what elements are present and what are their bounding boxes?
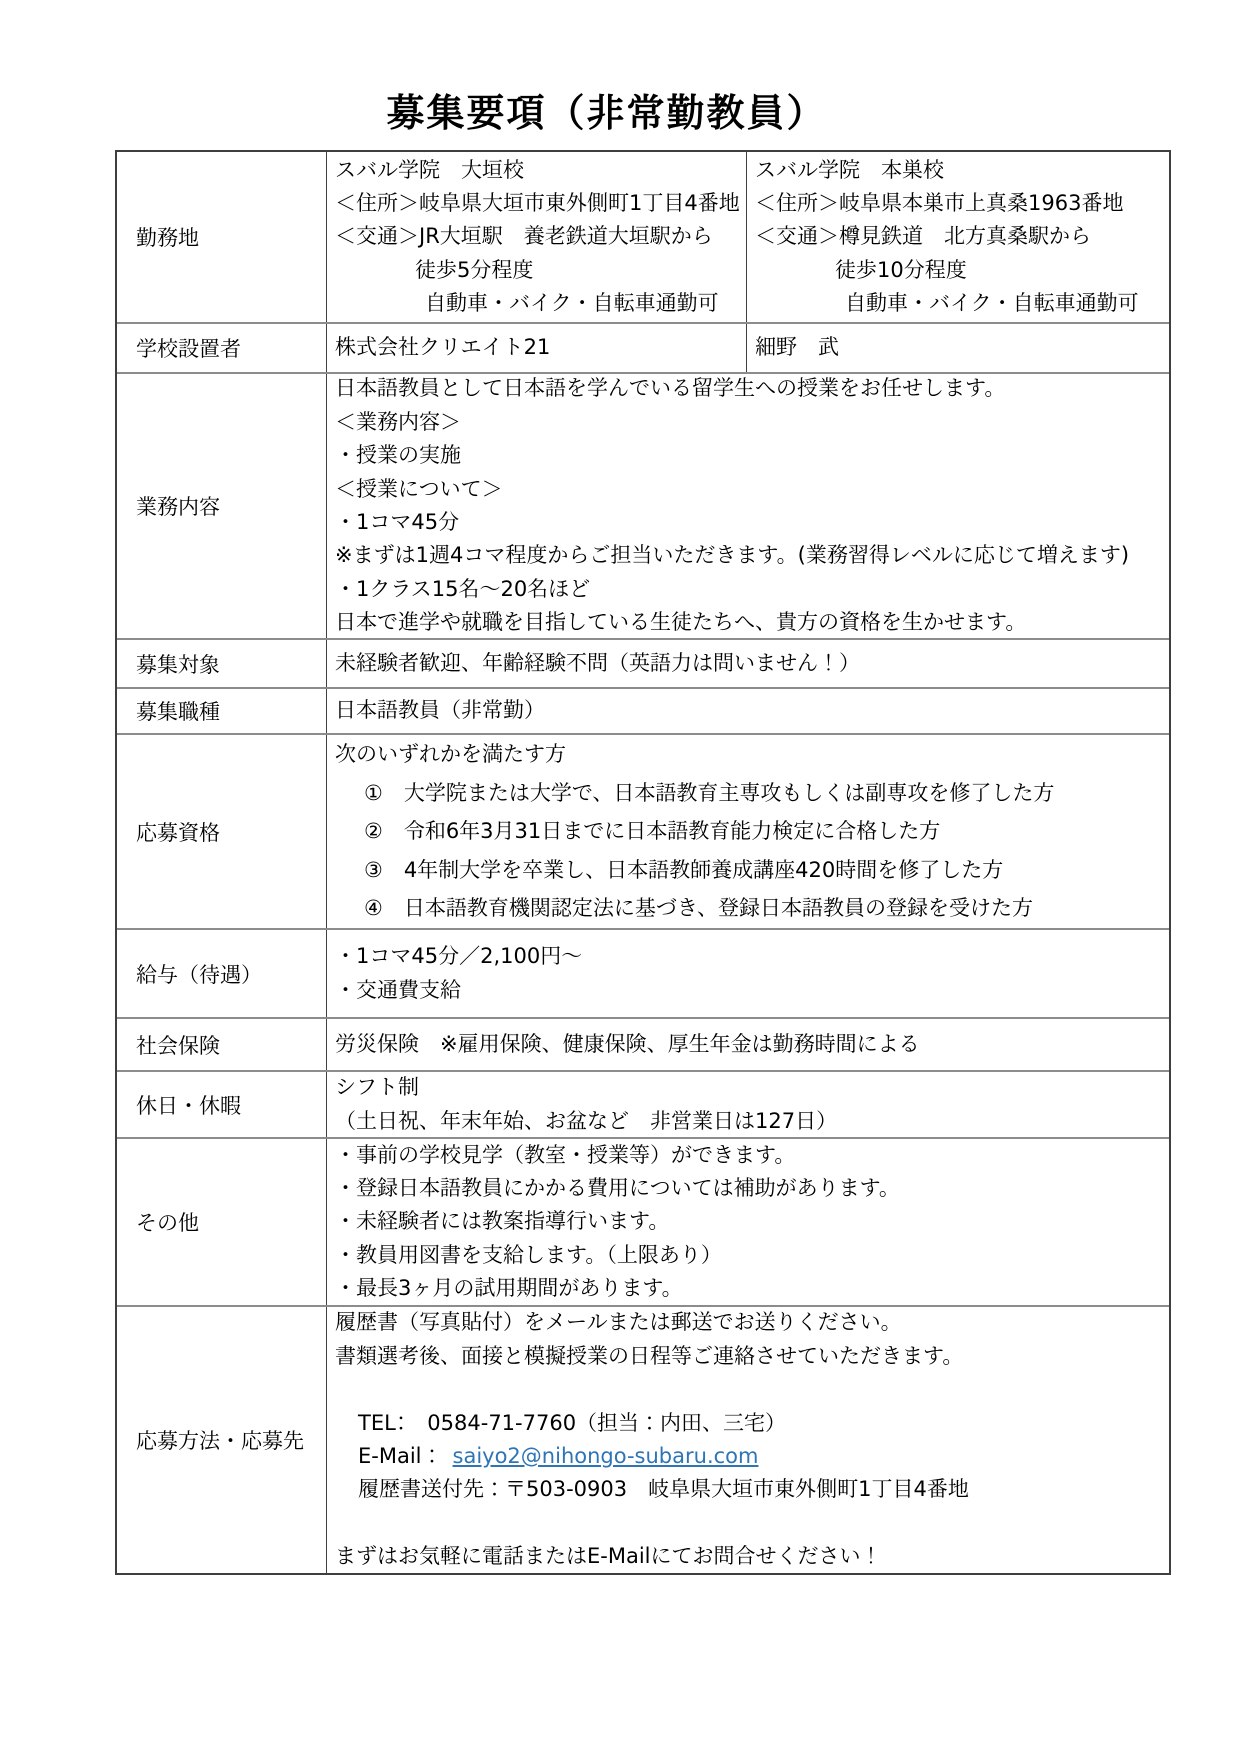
- table-row-others: その他 ・事前の学校見学（教室・授業等）ができます。 ・登録日本語教員にかかる費…: [117, 1137, 1169, 1305]
- others-content: ・事前の学校見学（教室・授業等）ができます。 ・登録日本語教員にかかる費用につい…: [327, 1139, 1169, 1305]
- text-line: ・最長3ヶ月の試用期間があります。: [335, 1272, 1163, 1305]
- text-line: ・授業の実施: [335, 439, 1163, 472]
- table-row-qualifications: 応募資格 次のいずれかを満たす方 ① 大学院または大学で、日本語教育主専攻もしく…: [117, 733, 1169, 928]
- text-line: ＜住所＞岐阜県大垣市東外側町1丁目4番地: [335, 187, 740, 220]
- text-line: 自動車・バイク・自転車通勤可: [755, 287, 1163, 320]
- text-line: 書類選考後、面接と模擬授業の日程等ご連絡させていただきます。: [335, 1340, 1163, 1373]
- page-title: 募集要項（非常勤教員）: [0, 82, 1227, 137]
- holidays-content: シフト制 （土日祝、年末年始、お盆など 非営業日は127日）: [327, 1072, 1169, 1137]
- workplace-content: スバル学院 大垣校 ＜住所＞岐阜県大垣市東外側町1丁目4番地 ＜交通＞JR大垣駅…: [327, 152, 1169, 322]
- row-label-job-description: 業務内容: [117, 374, 327, 638]
- workplace-motosu: スバル学院 本巣校 ＜住所＞岐阜県本巣市上真桑1963番地 ＜交通＞樽見鉄道 北…: [746, 152, 1169, 322]
- row-label-position: 募集職種: [117, 689, 327, 733]
- text-line: ・未経験者には教案指導行います。: [335, 1205, 1163, 1238]
- social-insurance-content: 労災保険 ※雇用保険、健康保険、厚生年金は勤務時間による: [327, 1019, 1169, 1070]
- text-line: ・1コマ45分: [335, 506, 1163, 539]
- row-label-qualifications: 応募資格: [117, 735, 327, 928]
- table-row-holidays: 休日・休暇 シフト制 （土日祝、年末年始、お盆など 非営業日は127日）: [117, 1070, 1169, 1137]
- workplace-ogaki: スバル学院 大垣校 ＜住所＞岐阜県大垣市東外側町1丁目4番地 ＜交通＞JR大垣駅…: [327, 152, 746, 322]
- text-line: 株式会社クリエイト21: [335, 331, 740, 364]
- text-line: ・登録日本語教員にかかる費用については補助があります。: [335, 1172, 1163, 1205]
- table-row-workplace: 勤務地 スバル学院 大垣校 ＜住所＞岐阜県大垣市東外側町1丁目4番地 ＜交通＞J…: [117, 152, 1169, 322]
- text-line: 日本語教員として日本語を学んでいる留学生への授業をお任せします。: [335, 372, 1163, 405]
- row-label-school-founder: 学校設置者: [117, 324, 327, 372]
- target-applicants-content: 未経験者歓迎、年齢経験不問（英語力は問いません！）: [327, 640, 1169, 687]
- text-line: ＜交通＞JR大垣駅 養老鉄道大垣駅から: [335, 220, 740, 253]
- table-row-salary: 給与（待遇） ・1コマ45分／2,100円～ ・交通費支給: [117, 928, 1169, 1017]
- job-description-content: 日本語教員として日本語を学んでいる留学生への授業をお任せします。 ＜業務内容＞ …: [327, 374, 1169, 638]
- text-line: 日本語教員（非常勤）: [335, 694, 1163, 727]
- text-line: 自動車・バイク・自転車通勤可: [335, 287, 740, 320]
- text-line-numbered-4: ④ 日本語教育機関認定法に基づき、登録日本語教員の登録を受けた方: [335, 889, 1163, 928]
- text-line: ※まずは1週4コマ程度からご担当いただきます。(業務習得レベルに応じて増えます): [335, 539, 1163, 572]
- salary-content: ・1コマ45分／2,100円～ ・交通費支給: [327, 930, 1169, 1017]
- text-line: ＜業務内容＞: [335, 406, 1163, 439]
- position-content: 日本語教員（非常勤）: [327, 689, 1169, 733]
- text-line-numbered-1: ① 大学院または大学で、日本語教育主専攻もしくは副専攻を修了した方: [335, 774, 1163, 813]
- email-label: E-Mail：: [358, 1444, 443, 1468]
- row-label-others: その他: [117, 1139, 327, 1305]
- text-line: ・事前の学校見学（教室・授業等）ができます。: [335, 1139, 1163, 1172]
- page: 募集要項（非常勤教員） 勤務地 スバル学院 大垣校 ＜住所＞岐阜県大垣市東外側町…: [0, 0, 1241, 1755]
- table-row-how-to-apply: 応募方法・応募先 履歴書（写真貼付）をメールまたは郵送でお送りください。 書類選…: [117, 1305, 1169, 1573]
- resume-address-line: 履歴書送付先：〒503-0903 岐阜県大垣市東外側町1丁目4番地: [335, 1473, 1163, 1506]
- text-line: （土日祝、年末年始、お盆など 非営業日は127日）: [335, 1105, 1163, 1138]
- row-label-how-to-apply: 応募方法・応募先: [117, 1307, 327, 1573]
- text-line: 日本で進学や就職を目指している生徒たちへ、貴方の資格を生かせます。: [335, 606, 1163, 639]
- row-label-target-applicants: 募集対象: [117, 640, 327, 687]
- text-line: 履歴書（写真貼付）をメールまたは郵送でお送りください。: [335, 1306, 1163, 1339]
- table-row-position: 募集職種 日本語教員（非常勤）: [117, 687, 1169, 733]
- qualifications-content: 次のいずれかを満たす方 ① 大学院または大学で、日本語教育主専攻もしくは副専攻を…: [327, 735, 1169, 928]
- text-line-numbered-2: ② 令和6年3月31日までに日本語教育能力検定に合格した方: [335, 812, 1163, 851]
- row-label-workplace: 勤務地: [117, 152, 327, 322]
- row-label-social-insurance: 社会保険: [117, 1019, 327, 1070]
- email-link[interactable]: saiyo2@nihongo-subaru.com: [453, 1444, 759, 1468]
- email-line: E-Mail：saiyo2@nihongo-subaru.com: [335, 1440, 1163, 1473]
- recruitment-table: 勤務地 スバル学院 大垣校 ＜住所＞岐阜県大垣市東外側町1丁目4番地 ＜交通＞J…: [115, 150, 1171, 1575]
- text-line: 未経験者歓迎、年齢経験不問（英語力は問いません！）: [335, 647, 1163, 680]
- school-founder-content: 株式会社クリエイト21 細野 武: [327, 324, 1169, 372]
- closing-line: まずはお気軽に電話またはE-Mailにてお問合せください！: [335, 1540, 1163, 1573]
- how-to-apply-content: 履歴書（写真貼付）をメールまたは郵送でお送りください。 書類選考後、面接と模擬授…: [327, 1307, 1169, 1573]
- text-line: 徒歩10分程度: [755, 254, 1163, 287]
- text-line: ・交通費支給: [335, 974, 1163, 1007]
- text-line: ＜授業について＞: [335, 473, 1163, 506]
- table-row-social-insurance: 社会保険 労災保険 ※雇用保険、健康保険、厚生年金は勤務時間による: [117, 1017, 1169, 1070]
- text-line: 次のいずれかを満たす方: [335, 735, 1163, 774]
- text-line: ＜交通＞樽見鉄道 北方真桑駅から: [755, 220, 1163, 253]
- text-line: スバル学院 本巣校: [755, 154, 1163, 187]
- text-line: 細野 武: [755, 331, 1163, 364]
- row-label-salary: 給与（待遇）: [117, 930, 327, 1017]
- text-line: ＜住所＞岐阜県本巣市上真桑1963番地: [755, 187, 1163, 220]
- text-line: 徒歩5分程度: [335, 254, 740, 287]
- founder-company: 株式会社クリエイト21: [327, 324, 746, 372]
- tel-line: TEL： 0584-71-7760（担当：内田、三宅）: [335, 1407, 1163, 1440]
- text-line: シフト制: [335, 1071, 1163, 1104]
- table-row-target-applicants: 募集対象 未経験者歓迎、年齢経験不問（英語力は問いません！）: [117, 638, 1169, 687]
- table-row-job-description: 業務内容 日本語教員として日本語を学んでいる留学生への授業をお任せします。 ＜業…: [117, 372, 1169, 638]
- text-line: ・教員用図書を支給します。（上限あり）: [335, 1239, 1163, 1272]
- founder-person: 細野 武: [746, 324, 1169, 372]
- blank-line: [335, 1507, 1163, 1540]
- table-row-school-founder: 学校設置者 株式会社クリエイト21 細野 武: [117, 322, 1169, 372]
- text-line: ・1コマ45分／2,100円～: [335, 940, 1163, 973]
- row-label-holidays: 休日・休暇: [117, 1072, 327, 1137]
- text-line: ・1クラス15名～20名ほど: [335, 573, 1163, 606]
- text-line: 労災保険 ※雇用保険、健康保険、厚生年金は勤務時間による: [335, 1028, 1163, 1061]
- text-line-numbered-3: ③ 4年制大学を卒業し、日本語教師養成講座420時間を修了した方: [335, 851, 1163, 890]
- text-line: スバル学院 大垣校: [335, 154, 740, 187]
- blank-line: [335, 1373, 1163, 1406]
